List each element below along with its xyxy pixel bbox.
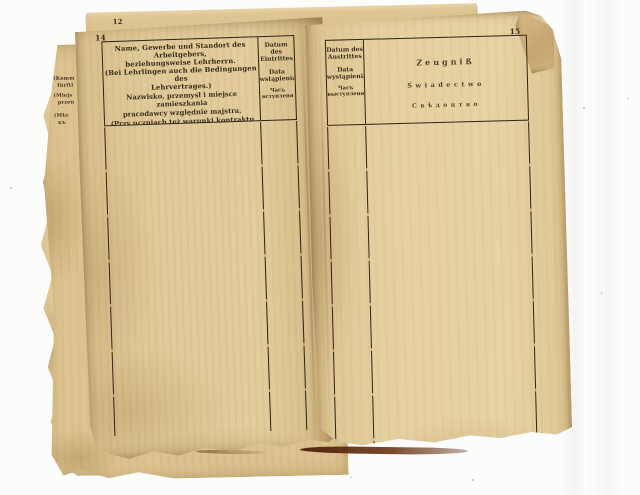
dust-speck bbox=[10, 187, 12, 189]
scanned-workbook: 4 (Komm fürſtl (Miejs przen (Мѣс къ 12 1… bbox=[0, 0, 640, 495]
dust-speck bbox=[583, 107, 585, 109]
table-rule bbox=[365, 126, 374, 446]
table-rule bbox=[260, 122, 271, 431]
certificate-header-cell: Zeugniß Świadectwo Свѣдоцтво bbox=[364, 36, 528, 124]
cutoff-text-fragment: (Komm fürſtl bbox=[53, 75, 80, 89]
left-page-14: 14 Name, Gewerbe und Standort des Arbeit… bbox=[75, 17, 339, 465]
dust-speck bbox=[601, 292, 602, 294]
right-table-header-row: Datum des Austrittes Data wystąpienia Ча… bbox=[325, 35, 529, 126]
employer-header-cell: Name, Gewerbe und Standort des Arbeitgeb… bbox=[102, 37, 261, 125]
right-page-15: 15 Datum des Austrittes Data wystąpienia… bbox=[305, 10, 573, 461]
left-table-header-row: Name, Gewerbe und Standort des Arbeitgeb… bbox=[101, 35, 297, 126]
dust-speck bbox=[627, 98, 629, 99]
page-number-4: 4 bbox=[49, 61, 54, 69]
exit-date-header-cell: Datum des Austrittes Data wystąpienia Ча… bbox=[326, 40, 366, 125]
page-number-12: 12 bbox=[113, 17, 123, 26]
dust-speck bbox=[472, 479, 474, 481]
cutoff-text-fragment: (Miejs przen bbox=[53, 92, 80, 106]
table-rule bbox=[528, 122, 537, 442]
entry-date-header-cell: Datum des Eintrittes Data wstąpienia Час… bbox=[258, 36, 296, 120]
left-page-table: Name, Gewerbe und Standort des Arbeitgeb… bbox=[101, 35, 307, 436]
cutoff-text-fragment: (Мѣс къ bbox=[54, 112, 81, 126]
right-page-table: Datum des Austrittes Data wystąpienia Ча… bbox=[325, 35, 538, 447]
dust-speck bbox=[350, 477, 352, 478]
table-rule bbox=[104, 127, 115, 436]
